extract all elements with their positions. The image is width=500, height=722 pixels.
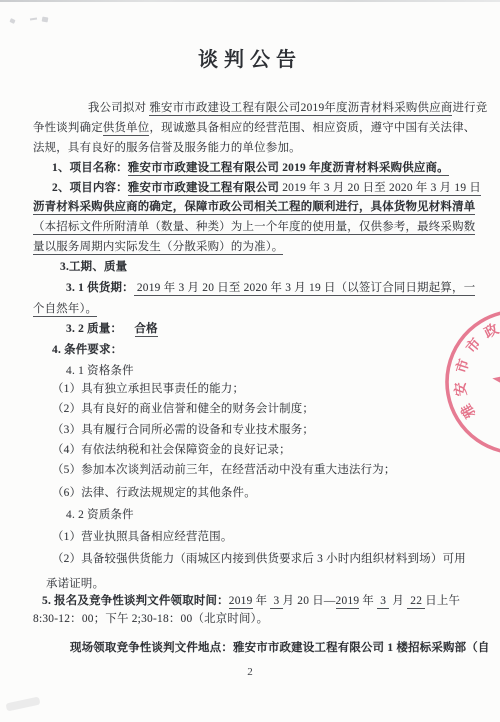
underlined-text: 2019 年 3 月 20 日至 2020 年 3 月 19 日 (279, 182, 481, 196)
text-segment: 现场领取竞争性谈判文件地点：雅安市市政建设工程有限公司 1 楼招标采购部（自 (70, 642, 490, 654)
doc-line: 4. 2 资质条件 (66, 505, 500, 525)
scan-edge-artifact (0, 0, 500, 2)
pencil-marks (8, 15, 68, 27)
text-segment: （1）营业执照具备相应经营范围。 (52, 531, 233, 543)
underlined-text: 合格 (135, 323, 158, 337)
underlined-text: 3 (377, 595, 389, 609)
text-segment: 8:30-12：00；下午 2;30-18：00（北京时间）。 (33, 613, 268, 625)
text-segment: （1）具有独立承担民事责任的能力； (52, 383, 244, 395)
text-segment: 年 (359, 595, 377, 607)
doc-line: 3.工期、质量 (60, 257, 500, 277)
doc-line: 个自然年）。 (33, 299, 500, 319)
text-segment: 4. 条件要求： (52, 344, 122, 356)
text-segment: 法规，具有良好的服务信誉及服务能力的单位参加。 (33, 142, 301, 154)
underlined-text: 沥青材料采购供应商的确定，保障市政公司相关工程的顺利进行，具体货物见材料清单 (33, 201, 475, 215)
underlined-text: 22 (407, 595, 425, 609)
underlined-text: （本招标文件所附清单（数量、种类）为上一个年度的使用量，仅供参考，最终采购数 (33, 221, 475, 235)
text-segment: ，现诚邀具备相应的经营范围、相应资质，遵守中国有关法律、 (149, 122, 475, 134)
doc-line: 沥青材料采购供应商的确定，保障市政公司相关工程的顺利进行，具体货物见材料清单 (33, 197, 500, 217)
underlined-text: 个自然年）。 (33, 303, 97, 317)
underlined-text: 量以服务周期内实际发生（分散采购）的为准）。 (33, 241, 283, 255)
text-segment: 4. 2 资质条件 (66, 509, 134, 521)
underlined-text: 供货单位 (103, 122, 150, 136)
doc-line: （1）营业执照具备相应经营范围。 (52, 527, 500, 547)
company-seal-stamp: 雅安市市政建设工程有限公司 (433, 297, 500, 467)
seal-star-icon (489, 352, 500, 407)
text-segment: 月 20 日— (283, 595, 336, 607)
doc-line: 法规，具有良好的服务信誉及服务能力的单位参加。 (33, 138, 500, 158)
underlined-text: 雅安市市政建设工程有限公司 (128, 182, 279, 196)
text-segment: 1、项目名称： (52, 162, 128, 174)
pencil-mark (30, 18, 37, 21)
underlined-text: 雅安市市政建设工程有限公司 2019 年度沥青材料采购供应商。 (128, 162, 449, 176)
doc-line: 争性谈判确定供货单位，现诚邀具备相应的经营范围、相应资质，遵守中国有关法律、 (33, 118, 500, 138)
doc-line: 1、项目名称：雅安市市政建设工程有限公司 2019 年度沥青材料采购供应商。 (52, 158, 500, 178)
underlined-text: 2019 (229, 595, 253, 609)
text-segment (122, 323, 134, 335)
text-segment: 我公司拟对 (88, 102, 149, 114)
pencil-mark (42, 17, 49, 23)
underlined-text: 2019 (336, 595, 360, 609)
text-segment: 4. 1 资格条件 (66, 365, 134, 377)
text-segment: 进行竞 (452, 102, 487, 114)
text-segment: （6）法律、行政法规规定的其他条件。 (52, 487, 256, 499)
doc-line: 量以服务周期内实际发生（分散采购）的为准）。 (33, 237, 500, 257)
text-segment: （4）有依法纳税和社会保障资金的良好记录； (52, 444, 291, 456)
doc-line: 2、项目内容：雅安市市政建设工程有限公司 2019 年 3 月 20 日至 20… (52, 178, 500, 198)
page-title: 谈判公告 (0, 46, 500, 74)
doc-line: （本招标文件所附清单（数量、种类）为上一个年度的使用量，仅供参考，最终采购数 (33, 217, 500, 237)
underlined-text: 2019 年 3 月 20 日至 2020 年 3 月 19 日（以签订合同日期… (134, 282, 476, 296)
text-segment: （5）参加本次谈判活动前三年，在经营活动中没有重大违法行为； (52, 464, 396, 476)
scanned-document-page: 谈判公告 我公司拟对 雅安市市政建设工程有限公司2019年度沥青材料采购供应商进… (0, 0, 500, 722)
pencil-mark (9, 18, 15, 24)
scan-smudge-artifact (6, 697, 41, 712)
doc-line: （6）法律、行政法规规定的其他条件。 (52, 483, 500, 503)
text-segment: 承诺证明。 (46, 578, 104, 590)
underlined-text: 雅安市市政建设工程有限公司2019年度沥青材料采购供应商 (149, 102, 452, 116)
underlined-text: 3 (270, 595, 282, 609)
text-segment: （2）具有良好的商业信誉和健全的财务会计制度； (52, 403, 314, 415)
text-segment: 年 (253, 595, 271, 607)
text-segment: 2、项目内容： (52, 182, 128, 194)
text-segment: 3. 2 质量： (66, 323, 122, 335)
text-segment: 3.工期、质量 (60, 261, 127, 273)
doc-line: 3. 1 供货期： 2019 年 3 月 20 日至 2020 年 3 月 19… (66, 278, 500, 298)
doc-line: 5. 报名及竞争性谈判文件领取时间：2019 年 3 月 20 日—2019 年… (42, 591, 500, 611)
text-segment: 3. 1 供货期： (66, 282, 134, 294)
text-segment: 日上午 (425, 595, 460, 607)
document-body: 我公司拟对 雅安市市政建设工程有限公司2019年度沥青材料采购供应商进行竞争性谈… (33, 98, 500, 658)
doc-line: （2）具备较强供货能力（雨城区内接到供货要求后 3 小时内组织材料到场）可用 (52, 549, 500, 569)
text-segment: 月 (389, 595, 407, 607)
text-segment: （3）具有履行合同所必需的设备和专业技术服务； (52, 424, 314, 436)
doc-line: 8:30-12：00；下午 2;30-18：00（北京时间）。 (33, 609, 500, 629)
text-segment: 争性谈判确定 (33, 122, 103, 134)
page-number: 2 (0, 666, 500, 678)
text-segment: 5. 报名及竞争性谈判文件领取时间： (42, 595, 229, 607)
doc-line: 现场领取竞争性谈判文件地点：雅安市市政建设工程有限公司 1 楼招标采购部（自 (70, 638, 500, 658)
text-segment: （2）具备较强供货能力（雨城区内接到供货要求后 3 小时内组织材料到场）可用 (52, 553, 466, 565)
doc-line: 我公司拟对 雅安市市政建设工程有限公司2019年度沥青材料采购供应商进行竞 (88, 98, 500, 118)
